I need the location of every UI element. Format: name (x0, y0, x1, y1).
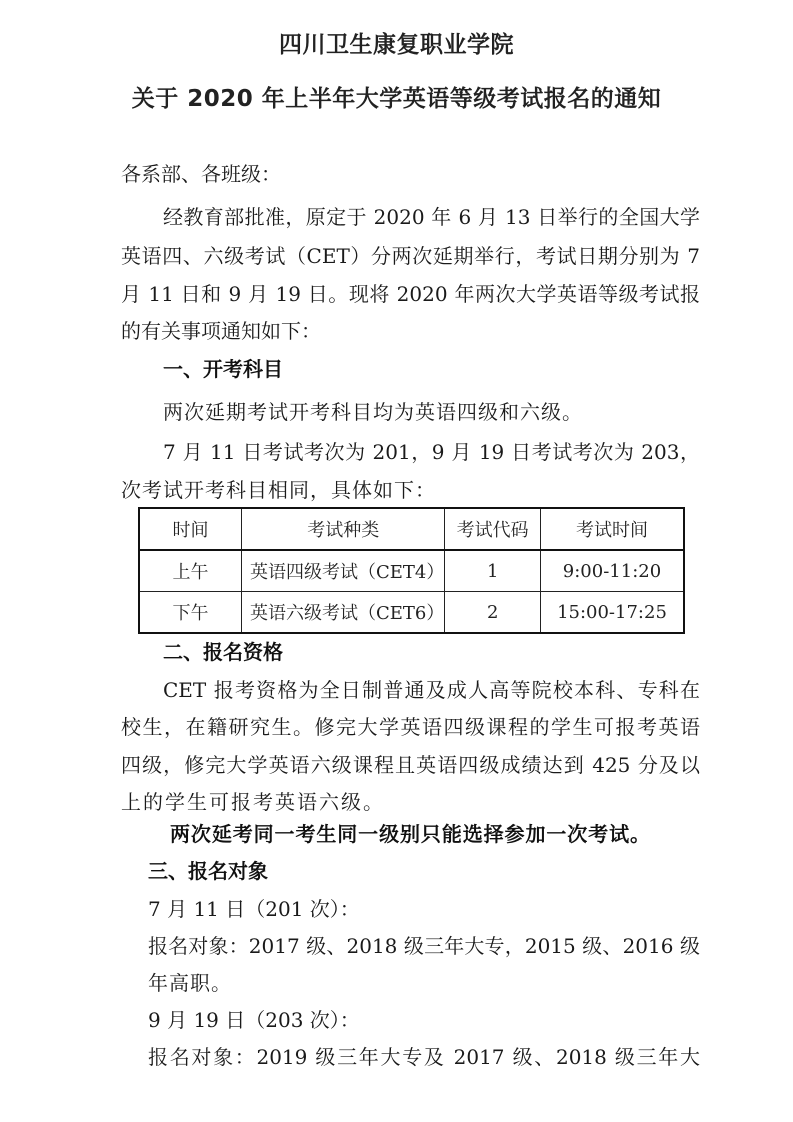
table-cell-exam-hours: 15:00-17:25 (540, 592, 684, 634)
section2-line: CET 报考资格为全日制普通及成人高等院校本科、专科在 (163, 677, 700, 703)
table-cell-exam-hours: 9:00-11:20 (540, 550, 684, 592)
section3-line: 报名对象：2019 级三年大专及 2017 级、2018 级三年大专， (148, 1044, 700, 1070)
salutation: 各系部、各班级： (121, 161, 281, 187)
intro-line: 的有关事项通知如下： (121, 318, 321, 344)
table-header-row: 时间 考试种类 考试代码 考试时间 (139, 508, 684, 550)
document-title-notice: 关于 2020 年上半年大学英语等级考试报名的通知 (0, 84, 793, 114)
table-cell-time: 上午 (139, 550, 242, 592)
section3-line: 9 月 19 日（203 次）： (148, 1007, 360, 1033)
intro-line: 月 11 日和 9 月 19 日。现将 2020 年两次大学英语等级考试报名 (121, 281, 700, 307)
table-header-exam-type: 考试种类 (242, 508, 445, 550)
table-cell-exam-code: 2 (445, 592, 541, 634)
table-cell-time: 下午 (139, 592, 242, 634)
section-heading-eligibility: 二、报名资格 (163, 639, 283, 665)
intro-line: 英语四、六级考试（CET）分两次延期举行，考试日期分别为 7 (121, 243, 700, 269)
table-cell-exam-type: 英语四级考试（CET4） (242, 550, 445, 592)
section-heading-eligible-candidates: 三、报名对象 (148, 858, 268, 884)
table-row: 上午 英语四级考试（CET4） 1 9:00-11:20 (139, 550, 684, 592)
document-title-institution: 四川卫生康复职业学院 (0, 30, 793, 60)
section2-line: 校生，在籍研究生。修完大学英语四级课程的学生可报考英语 (121, 714, 700, 740)
section3-line: 7 月 11 日（201 次）： (148, 896, 360, 922)
table-header-exam-hours: 考试时间 (540, 508, 684, 550)
table-row: 下午 英语六级考试（CET6） 2 15:00-17:25 (139, 592, 684, 634)
section-heading-exam-subjects: 一、开考科目 (163, 356, 283, 382)
section1-line: 次考试开考科目相同，具体如下： (121, 477, 436, 503)
section2-line: 上的学生可报考英语六级。 (121, 789, 385, 815)
table-header-time: 时间 (139, 508, 242, 550)
section1-line: 7 月 11 日考试考次为 201，9 月 19 日考试考次为 203，两 (163, 439, 700, 465)
section2-line: 四级，修完大学英语六级课程且英语四级成绩达到 425 分及以 (121, 752, 700, 778)
section1-line: 两次延期考试开考科目均为英语四级和六级。 (163, 399, 583, 425)
table-cell-exam-type: 英语六级考试（CET6） (242, 592, 445, 634)
table-cell-exam-code: 1 (445, 550, 541, 592)
section3-line: 报名对象：2017 级、2018 级三年大专，2015 级、2016 级五 (148, 933, 700, 959)
section3-line: 年高职。 (148, 970, 232, 996)
intro-line: 经教育部批准，原定于 2020 年 6 月 13 日举行的全国大学 (163, 204, 700, 230)
exam-schedule-table: 时间 考试种类 考试代码 考试时间 上午 英语四级考试（CET4） 1 9:00… (138, 507, 685, 634)
emphasis-note: 两次延考同一考生同一级别只能选择参加一次考试。 (170, 821, 650, 847)
table-header-exam-code: 考试代码 (445, 508, 541, 550)
